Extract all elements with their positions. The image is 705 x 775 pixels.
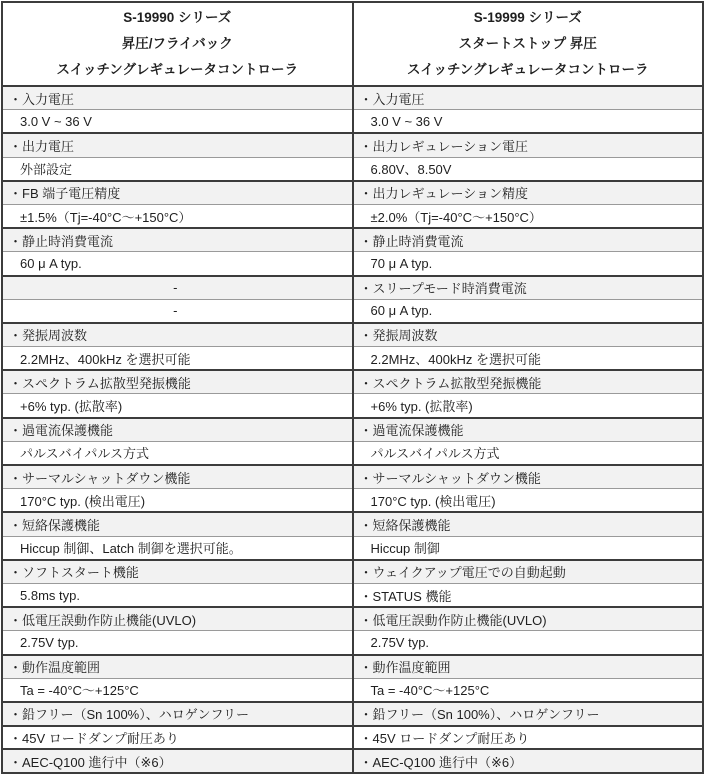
spec-cell: 60 μ A typ. bbox=[353, 299, 704, 323]
spec-row: ・出力電圧・出力レギュレーション電圧 bbox=[2, 133, 703, 157]
spec-cell: ・鉛フリー（Sn 100%）、ハロゲンフリー bbox=[2, 702, 353, 726]
spec-cell: 2.2MHz、400kHz を選択可能 bbox=[2, 347, 353, 371]
spec-row: ・入力電圧・入力電圧 bbox=[2, 86, 703, 110]
spec-cell: 6.80V、8.50V bbox=[353, 157, 704, 181]
series-type: スタートストップ 昇圧 bbox=[358, 31, 699, 57]
spec-cell: 70 μ A typ. bbox=[353, 252, 704, 276]
spec-row: -・スリープモード時消費電流 bbox=[2, 276, 703, 300]
spec-cell: Hiccup 制御 bbox=[353, 536, 704, 560]
spec-row: 60 μ A typ.70 μ A typ. bbox=[2, 252, 703, 276]
spec-row: 3.0 V ~ 36 V3.0 V ~ 36 V bbox=[2, 110, 703, 134]
spec-cell: +6% typ. (拡散率) bbox=[353, 394, 704, 418]
spec-cell: ・動作温度範囲 bbox=[2, 655, 353, 679]
column-header-s19990-series: S-19990 シリーズ 昇圧/フライバック スイッチングレギュレータコントロー… bbox=[2, 2, 353, 86]
spec-comparison-page: S-19990 シリーズ 昇圧/フライバック スイッチングレギュレータコントロー… bbox=[0, 1, 705, 774]
spec-row: ・ソフトスタート機能・ウェイクアップ電圧での自動起動 bbox=[2, 560, 703, 584]
spec-cell: 5.8ms typ. bbox=[2, 583, 353, 607]
spec-cell: ・AEC-Q100 進行中（※6） bbox=[353, 749, 704, 773]
spec-cell: ・スペクトラム拡散型発振機能 bbox=[2, 370, 353, 394]
spec-cell: ・FB 端子電圧精度 bbox=[2, 181, 353, 205]
spec-cell: ±2.0%（Tj=-40°C～+150°C） bbox=[353, 204, 704, 228]
spec-cell: ±1.5%（Tj=-40°C～+150°C） bbox=[2, 204, 353, 228]
spec-cell: ・入力電圧 bbox=[2, 86, 353, 110]
series-category: スイッチングレギュレータコントローラ bbox=[358, 57, 699, 83]
spec-cell: ・ソフトスタート機能 bbox=[2, 560, 353, 584]
spec-cell: ・出力レギュレーション精度 bbox=[353, 181, 704, 205]
spec-cell: ・サーマルシャットダウン機能 bbox=[2, 465, 353, 489]
spec-cell: パルスバイパルス方式 bbox=[353, 441, 704, 465]
spec-cell: ・鉛フリー（Sn 100%）、ハロゲンフリー bbox=[353, 702, 704, 726]
spec-row: ・サーマルシャットダウン機能・サーマルシャットダウン機能 bbox=[2, 465, 703, 489]
spec-cell: ・低電圧誤動作防止機能(UVLO) bbox=[353, 607, 704, 631]
spec-cell: +6% typ. (拡散率) bbox=[2, 394, 353, 418]
spec-row: ・短絡保護機能・短絡保護機能 bbox=[2, 512, 703, 536]
spec-comparison-table: S-19990 シリーズ 昇圧/フライバック スイッチングレギュレータコントロー… bbox=[1, 1, 704, 774]
spec-cell: ・短絡保護機能 bbox=[2, 512, 353, 536]
spec-row: ・スペクトラム拡散型発振機能・スペクトラム拡散型発振機能 bbox=[2, 370, 703, 394]
spec-row: 外部設定6.80V、8.50V bbox=[2, 157, 703, 181]
spec-cell: 3.0 V ~ 36 V bbox=[2, 110, 353, 134]
spec-cell: 170°C typ. (検出電圧) bbox=[353, 489, 704, 513]
series-name: S-19999 シリーズ bbox=[358, 5, 699, 31]
spec-cell: ・静止時消費電流 bbox=[2, 228, 353, 252]
spec-row: Hiccup 制御、Latch 制御を選択可能。Hiccup 制御 bbox=[2, 536, 703, 560]
spec-row: ±1.5%（Tj=-40°C～+150°C）±2.0%（Tj=-40°C～+15… bbox=[2, 204, 703, 228]
spec-cell: ・静止時消費電流 bbox=[353, 228, 704, 252]
series-type: 昇圧/フライバック bbox=[7, 31, 348, 57]
spec-row: ・過電流保護機能・過電流保護機能 bbox=[2, 418, 703, 442]
column-header-s19999-series: S-19999 シリーズ スタートストップ 昇圧 スイッチングレギュレータコント… bbox=[353, 2, 704, 86]
spec-cell: ・AEC-Q100 進行中（※6） bbox=[2, 749, 353, 773]
series-category: スイッチングレギュレータコントローラ bbox=[7, 57, 348, 83]
spec-row: ・鉛フリー（Sn 100%）、ハロゲンフリー・鉛フリー（Sn 100%）、ハロゲ… bbox=[2, 702, 703, 726]
spec-row: ・動作温度範囲・動作温度範囲 bbox=[2, 655, 703, 679]
spec-cell: ・過電流保護機能 bbox=[353, 418, 704, 442]
spec-cell: Hiccup 制御、Latch 制御を選択可能。 bbox=[2, 536, 353, 560]
spec-row: ・静止時消費電流・静止時消費電流 bbox=[2, 228, 703, 252]
spec-cell: ・スペクトラム拡散型発振機能 bbox=[353, 370, 704, 394]
spec-cell: 170°C typ. (検出電圧) bbox=[2, 489, 353, 513]
spec-cell: ・発振周波数 bbox=[353, 323, 704, 347]
spec-row: ・低電圧誤動作防止機能(UVLO)・低電圧誤動作防止機能(UVLO) bbox=[2, 607, 703, 631]
spec-row: 2.75V typ.2.75V typ. bbox=[2, 631, 703, 655]
spec-cell: Ta = -40°C～+125°C bbox=[2, 678, 353, 702]
series-name: S-19990 シリーズ bbox=[7, 5, 348, 31]
spec-cell: ・短絡保護機能 bbox=[353, 512, 704, 536]
spec-cell: ・低電圧誤動作防止機能(UVLO) bbox=[2, 607, 353, 631]
spec-row: 170°C typ. (検出電圧)170°C typ. (検出電圧) bbox=[2, 489, 703, 513]
spec-row: ・AEC-Q100 進行中（※6）・AEC-Q100 進行中（※6） bbox=[2, 749, 703, 773]
spec-row: パルスバイパルス方式パルスバイパルス方式 bbox=[2, 441, 703, 465]
spec-cell: ・45V ロードダンプ耐圧あり bbox=[353, 726, 704, 750]
spec-cell: - bbox=[2, 276, 353, 300]
spec-cell: ・45V ロードダンプ耐圧あり bbox=[2, 726, 353, 750]
spec-cell: ・スリープモード時消費電流 bbox=[353, 276, 704, 300]
spec-row: ・発振周波数・発振周波数 bbox=[2, 323, 703, 347]
spec-cell: ・発振周波数 bbox=[2, 323, 353, 347]
spec-cell: 60 μ A typ. bbox=[2, 252, 353, 276]
table-body: ・入力電圧・入力電圧 3.0 V ~ 36 V3.0 V ~ 36 V ・出力電… bbox=[2, 86, 703, 773]
spec-row: 2.2MHz、400kHz を選択可能2.2MHz、400kHz を選択可能 bbox=[2, 347, 703, 371]
spec-cell: ・動作温度範囲 bbox=[353, 655, 704, 679]
header-row: S-19990 シリーズ 昇圧/フライバック スイッチングレギュレータコントロー… bbox=[2, 2, 703, 86]
spec-cell: ・出力レギュレーション電圧 bbox=[353, 133, 704, 157]
spec-cell: パルスバイパルス方式 bbox=[2, 441, 353, 465]
spec-cell: ・出力電圧 bbox=[2, 133, 353, 157]
spec-cell: ・入力電圧 bbox=[353, 86, 704, 110]
spec-row: +6% typ. (拡散率)+6% typ. (拡散率) bbox=[2, 394, 703, 418]
spec-row: ・45V ロードダンプ耐圧あり・45V ロードダンプ耐圧あり bbox=[2, 726, 703, 750]
spec-cell: - bbox=[2, 299, 353, 323]
spec-cell: 外部設定 bbox=[2, 157, 353, 181]
spec-cell: Ta = -40°C～+125°C bbox=[353, 678, 704, 702]
spec-row: Ta = -40°C～+125°CTa = -40°C～+125°C bbox=[2, 678, 703, 702]
spec-cell: ・過電流保護機能 bbox=[2, 418, 353, 442]
spec-cell: 3.0 V ~ 36 V bbox=[353, 110, 704, 134]
table-header: S-19990 シリーズ 昇圧/フライバック スイッチングレギュレータコントロー… bbox=[2, 2, 703, 86]
spec-row: 5.8ms typ.・STATUS 機能 bbox=[2, 583, 703, 607]
spec-row: -60 μ A typ. bbox=[2, 299, 703, 323]
spec-row: ・FB 端子電圧精度・出力レギュレーション精度 bbox=[2, 181, 703, 205]
spec-cell: ・STATUS 機能 bbox=[353, 583, 704, 607]
spec-cell: 2.75V typ. bbox=[2, 631, 353, 655]
spec-cell: ・ウェイクアップ電圧での自動起動 bbox=[353, 560, 704, 584]
spec-cell: ・サーマルシャットダウン機能 bbox=[353, 465, 704, 489]
spec-cell: 2.75V typ. bbox=[353, 631, 704, 655]
spec-cell: 2.2MHz、400kHz を選択可能 bbox=[353, 347, 704, 371]
